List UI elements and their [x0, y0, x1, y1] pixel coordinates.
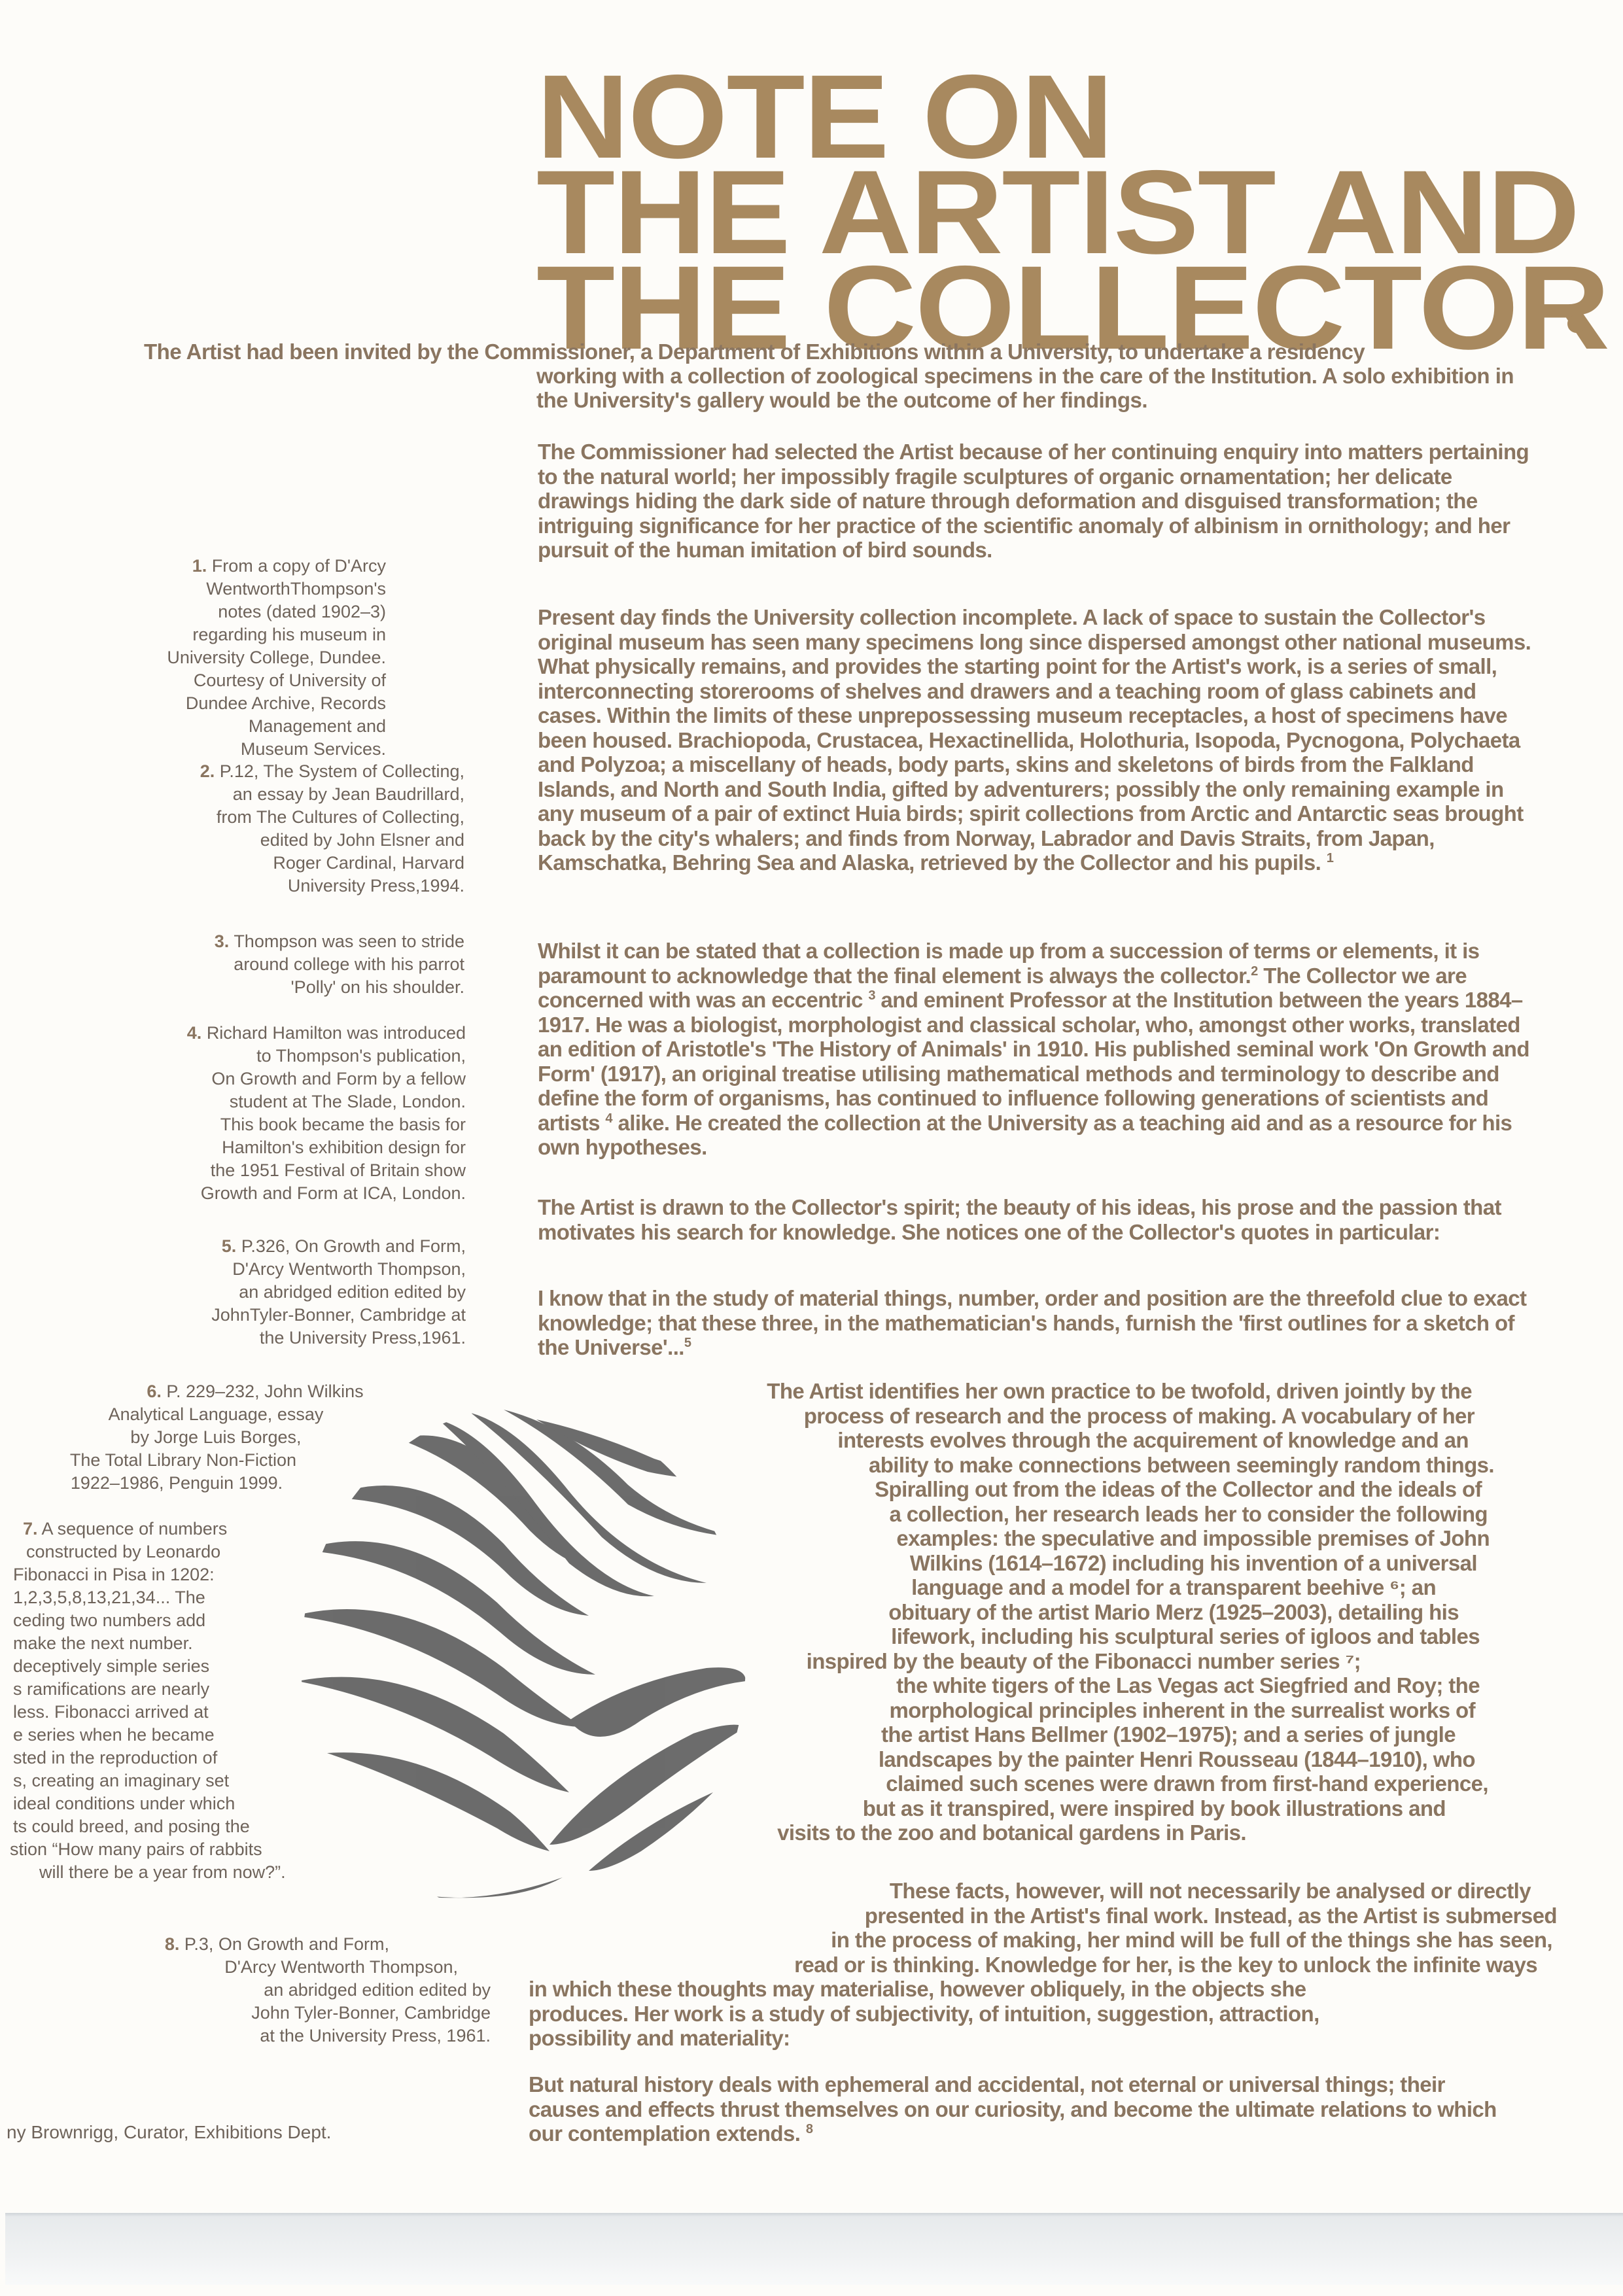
footnote-line: Museum Services.	[98, 738, 386, 761]
footnote-ref-2[interactable]: 2	[1251, 964, 1258, 979]
collector-quote-1: I know that in the study of material thi…	[538, 1286, 1532, 1360]
footnote-line: Dundee Archive, Records	[98, 692, 386, 715]
footnote-line: Courtesy of University of	[98, 669, 386, 692]
collector-quote-2-text: But natural history deals with ephemeral…	[529, 2072, 1497, 2146]
footnote-line: from The Cultures of Collecting,	[98, 806, 464, 829]
footnote-line: Fibonacci in Pisa in 1202:	[13, 1563, 298, 1586]
footnote-8: 8. P.3, On Growth and Form, D'Arcy Wentw…	[98, 1933, 491, 2047]
footnote-line: will there be a year from now?”.	[39, 1861, 298, 1884]
body-paragraph-2-text: Present day finds the University collect…	[538, 605, 1531, 875]
footnote-line: sted in the reproduction of	[13, 1747, 298, 1769]
footnote-line: an abridged edition edited by	[98, 1281, 466, 1304]
footnote-7: 7. A sequence of numbers constructed by …	[0, 1518, 298, 1884]
footnote-line: P.12, The System of Collecting,	[220, 761, 464, 781]
p6-line: presented in the Artist's final work. In…	[0, 1904, 1557, 1928]
footnote-line: Roger Cardinal, Harvard	[98, 852, 464, 875]
footnote-line: 'Polly' on his shoulder.	[98, 976, 464, 999]
footnote-line: D'Arcy Wentworth Thompson,	[98, 1258, 466, 1281]
footnote-line: From a copy of D'Arcy	[212, 556, 386, 576]
intro-rest: working with a collection of zoological …	[536, 364, 1544, 412]
body-paragraph-4: The Artist is drawn to the Collector's s…	[538, 1195, 1532, 1244]
title-period-dot	[1567, 315, 1586, 333]
body-paragraph-3-d: alike. He created the collection at the …	[538, 1111, 1512, 1160]
footnote-line: the 1951 Festival of Britain show	[98, 1159, 466, 1182]
footnote-line: This book became the basis for	[98, 1113, 466, 1136]
footnote-line: University Press,1994.	[98, 875, 464, 897]
footnote-number: 8.	[165, 1934, 180, 1954]
footnote-ref-5[interactable]: 5	[684, 1336, 691, 1350]
footnote-line: University College, Dundee.	[98, 646, 386, 669]
footnote-4: 4. Richard Hamilton was introduced to Th…	[98, 1022, 466, 1205]
footnote-line: JohnTyler-Bonner, Cambridge at	[98, 1304, 466, 1327]
footnote-1: 1. From a copy of D'Arcy WentworthThomps…	[98, 555, 386, 761]
footnote-number: 1.	[192, 556, 207, 576]
footnote-line: an essay by Jean Baudrillard,	[98, 783, 464, 806]
footnote-line: at the University Press, 1961.	[98, 2025, 491, 2047]
footnote-line: P.326, On Growth and Form,	[241, 1236, 466, 1256]
footnote-line: D'Arcy Wentworth Thompson,	[98, 1956, 458, 1979]
footnote-line: 1922–1986, Penguin 1999.	[26, 1472, 327, 1495]
footnote-line: stion “How many pairs of rabbits	[10, 1838, 298, 1861]
footnote-number: 7.	[23, 1519, 38, 1539]
curator-signoff: ny Brownrigg, Curator, Exhibitions Dept.	[7, 2122, 331, 2143]
footnote-2: 2. P.12, The System of Collecting, an es…	[98, 760, 464, 897]
footnote-ref-3[interactable]: 3	[868, 988, 875, 1003]
footnote-line: Richard Hamilton was introduced	[207, 1023, 466, 1043]
footnote-line: the University Press,1961.	[98, 1327, 466, 1349]
footnote-line: John Tyler-Bonner, Cambridge	[98, 2002, 491, 2025]
footnote-5: 5. P.326, On Growth and Form, D'Arcy Wen…	[98, 1235, 466, 1349]
footnote-line: regarding his museum in	[98, 623, 386, 646]
p6-line: possibility and materiality:	[529, 2026, 1531, 2051]
body-paragraph-2: Present day finds the University collect…	[538, 605, 1535, 875]
intro-paragraph: The Artist had been invited by the Commi…	[144, 339, 1544, 412]
p6-line: in which these thoughts may materialise,…	[529, 1977, 1550, 2002]
body-paragraph-3: Whilst it can be stated that a collectio…	[538, 939, 1535, 1160]
footnote-line: ceding two numbers add	[13, 1609, 298, 1632]
scan-page-edge	[5, 2213, 1623, 2285]
collector-quote-2: But natural history deals with ephemeral…	[529, 2072, 1510, 2146]
footnote-number: 4.	[187, 1023, 202, 1043]
footnote-ref-8[interactable]: 8	[806, 2122, 813, 2136]
footnote-line: Management and	[98, 715, 386, 738]
footnote-line: Growth and Form at ICA, London.	[98, 1182, 466, 1205]
footnote-line: Thompson was seen to stride	[234, 931, 464, 951]
footnote-line: s ramifications are nearly	[13, 1678, 298, 1701]
zebra-striped-sphere-illustration	[288, 1393, 746, 1923]
footnote-number: 2.	[200, 761, 215, 781]
footnote-line: make the next number.	[13, 1632, 298, 1655]
footnote-line: deceptively simple series	[13, 1655, 298, 1678]
footnote-number: 5.	[222, 1236, 237, 1256]
footnote-line: ideal conditions under which	[13, 1792, 298, 1815]
footnote-line: less. Fibonacci arrived at	[13, 1701, 298, 1724]
footnote-ref-4[interactable]: 4	[605, 1111, 612, 1126]
footnote-line: ts could breed, and posing the	[13, 1815, 298, 1838]
footnote-line: s, creating an imaginary set	[13, 1769, 298, 1792]
footnote-line: notes (dated 1902–3)	[98, 600, 386, 623]
footnote-line: 1,2,3,5,8,13,21,34... The	[13, 1586, 298, 1609]
page-title: NOTE ON THE ARTIST AND THE COLLECTOR	[536, 69, 1623, 355]
p6-line: produces. Her work is a study of subject…	[529, 2002, 1531, 2026]
footnote-line: an abridged edition edited by	[98, 1979, 491, 2002]
footnote-line: to Thompson's publication,	[98, 1045, 466, 1068]
footnote-line: edited by John Elsner and	[98, 829, 464, 852]
intro-line-1: The Artist had been invited by the Commi…	[144, 339, 1544, 364]
footnote-ref-1[interactable]: 1	[1327, 851, 1334, 865]
footnote-line: Hamilton's exhibition design for	[98, 1136, 466, 1159]
footnote-number: 3.	[215, 931, 230, 951]
footnote-line: e series when he became	[13, 1724, 298, 1747]
footnote-number: 6.	[147, 1382, 162, 1401]
body-paragraph-1: The Commissioner had selected the Artist…	[538, 440, 1532, 563]
footnote-3: 3. Thompson was seen to stride around co…	[98, 930, 464, 999]
footnote-line: constructed by Leonardo	[26, 1540, 298, 1563]
footnote-line: WentworthThompson's	[98, 578, 386, 600]
footnote-line: student at The Slade, London.	[98, 1090, 466, 1113]
footnote-line: P.3, On Growth and Form,	[184, 1934, 389, 1954]
footnote-line: A sequence of numbers	[42, 1519, 228, 1539]
footnote-line: around college with his parrot	[98, 953, 464, 976]
footnote-line: On Growth and Form by a fellow	[98, 1068, 466, 1090]
